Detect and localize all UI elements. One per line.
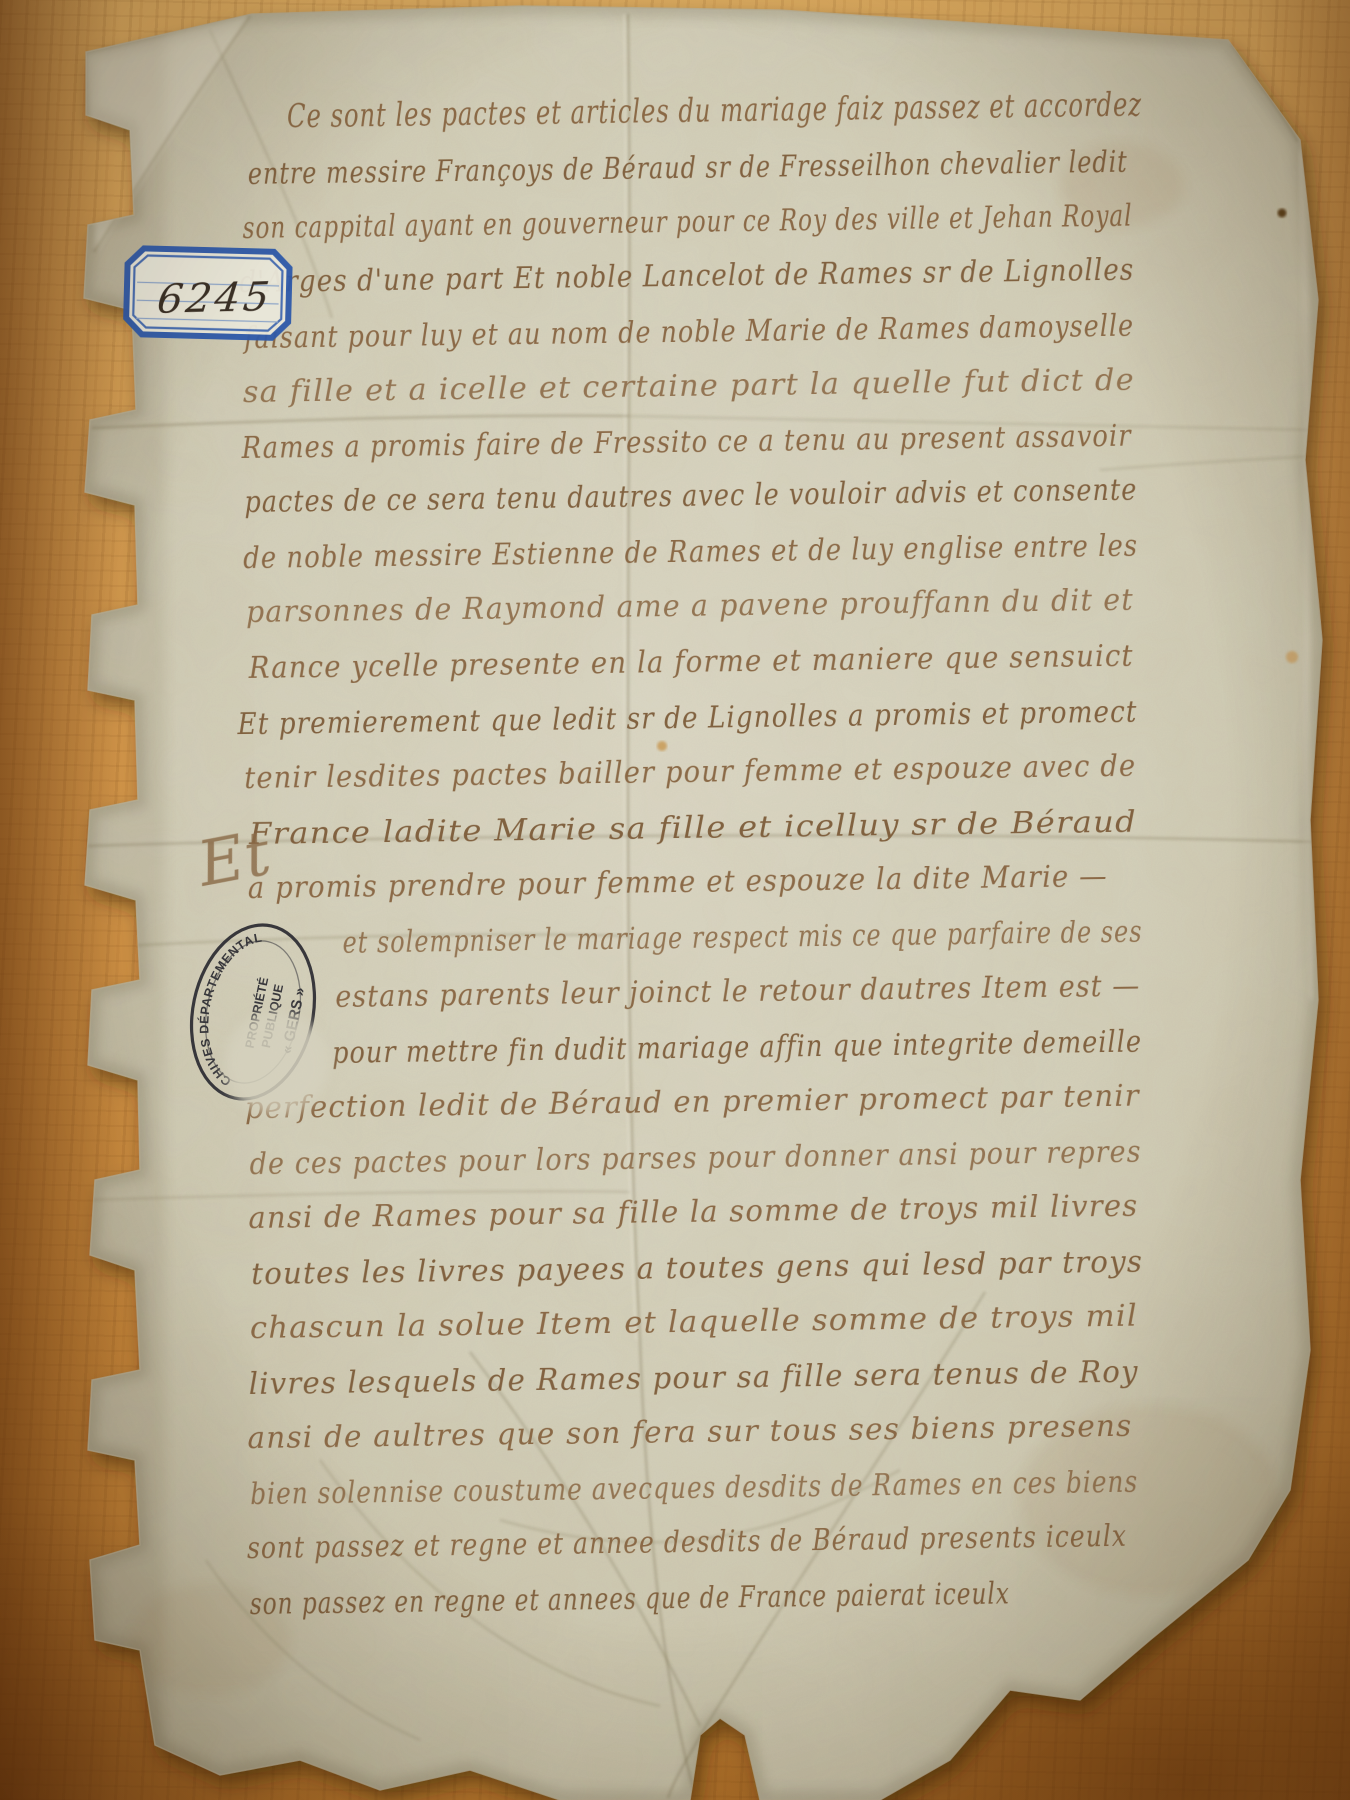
label-number: 6245 — [155, 274, 275, 323]
worm-hole — [1278, 209, 1287, 218]
archival-photograph: Ce sont les pactes et articles du mariag… — [0, 0, 1350, 1800]
manuscript-scene: Ce sont les pactes et articles du mariag… — [0, 0, 1350, 1800]
margin-initial-flourish: Et — [191, 815, 277, 900]
archive-number-label: 6245 — [126, 248, 290, 338]
